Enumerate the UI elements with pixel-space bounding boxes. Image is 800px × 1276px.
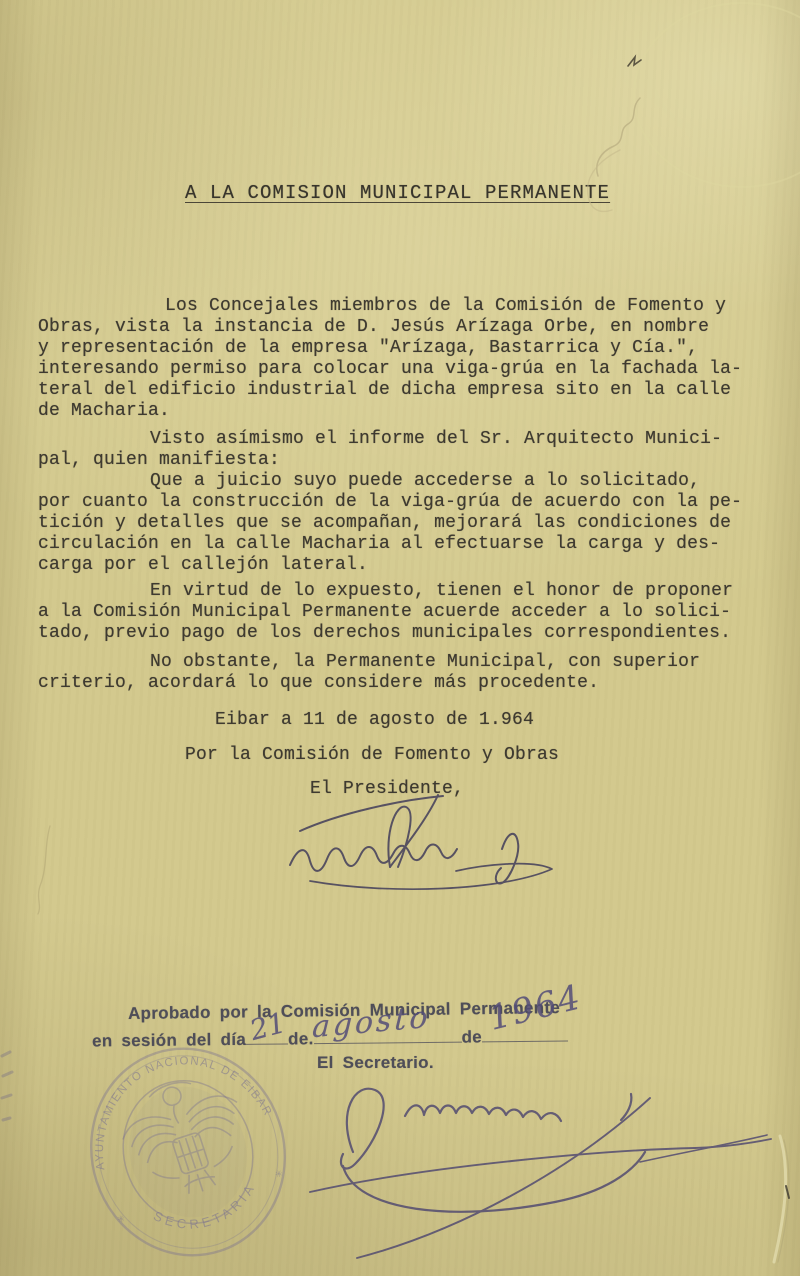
pencil-squiggle-mark xyxy=(588,150,620,211)
watermark-circle xyxy=(634,3,800,187)
left-edge-scratch xyxy=(38,826,50,914)
right-edge-crease xyxy=(774,1136,786,1262)
paper-marks-overlay xyxy=(0,0,800,1276)
pencil-squiggle-mark xyxy=(597,98,640,176)
scanned-document-page: A LA COMISION MUNICIPAL PERMANENTE Los C… xyxy=(0,0,800,1276)
edge-stamp-fragment xyxy=(2,1052,12,1120)
